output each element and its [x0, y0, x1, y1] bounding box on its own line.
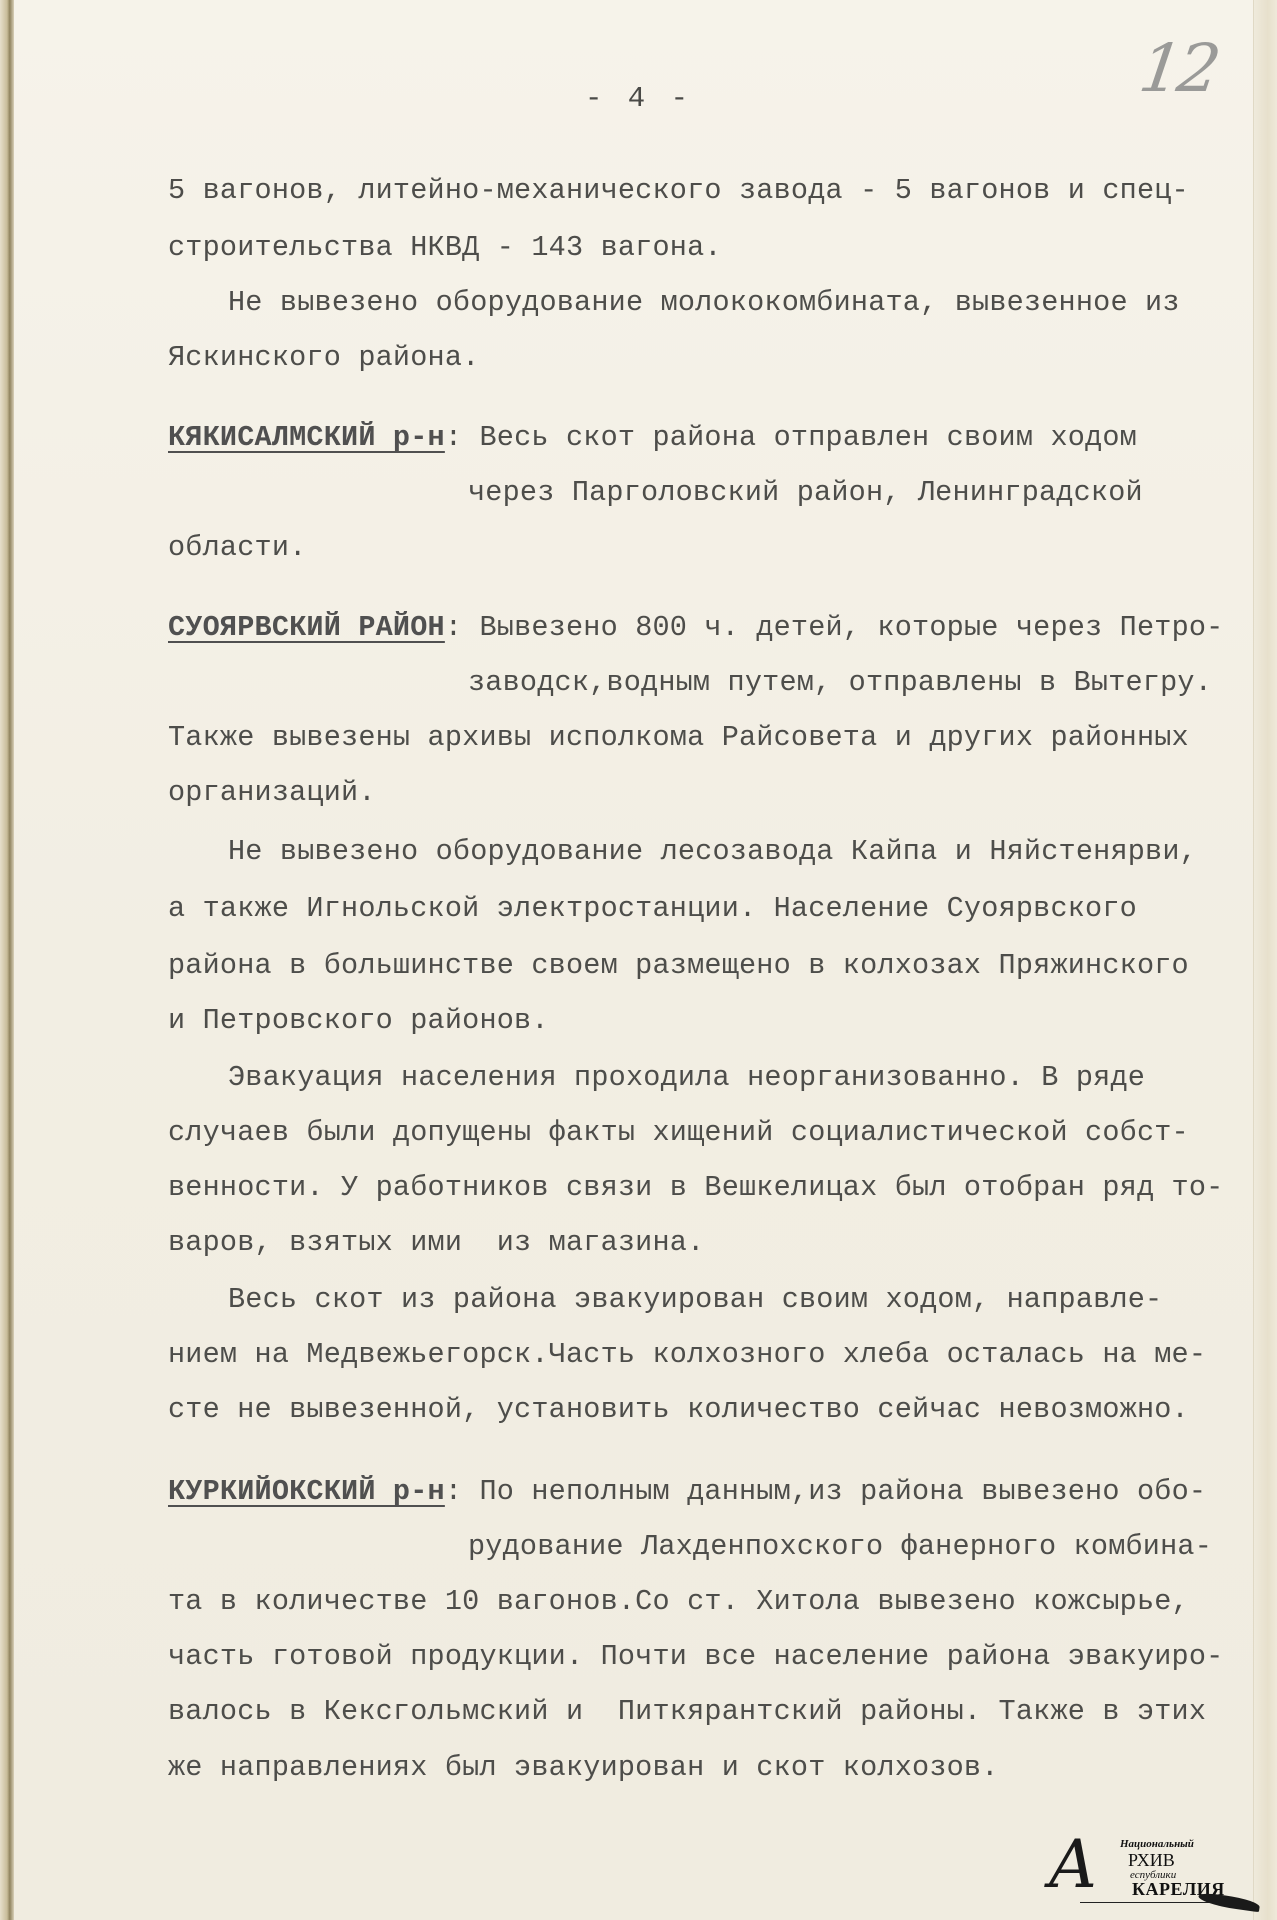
- text-line: Весь скот из района эвакуирован своим хо…: [228, 1283, 1162, 1316]
- text-line: Также вывезены архивы исполкома Райсовет…: [168, 721, 1189, 754]
- text-line: Эвакуация населения проходила неорганизо…: [228, 1061, 1145, 1094]
- text-line: сте не вывезенной, установить количество…: [168, 1393, 1189, 1426]
- line-text: 5 вагонов, литейно-механического завода …: [168, 174, 1189, 207]
- text-line: Не вывезено оборудование лесозавода Кайп…: [228, 835, 1197, 868]
- line-text: та в количестве 10 вагонов.Со ст. Хитола…: [168, 1585, 1189, 1618]
- text-line: а также Игнольской электростанции. Насел…: [168, 892, 1137, 925]
- line-text: Также вывезены архивы исполкома Райсовет…: [168, 721, 1189, 754]
- page-edge: [1253, 0, 1277, 1920]
- district-entry-line: КЯКИСАЛМСКИЙ р-н: Весь скот района отпра…: [168, 421, 1137, 454]
- text-line: строительства НКВД - 143 вагона.: [168, 231, 722, 264]
- line-text: часть готовой продукции. Почти все насел…: [168, 1640, 1223, 1673]
- text-line: нием на Медвежьегорск.Часть колхозного х…: [168, 1338, 1206, 1371]
- line-text: района в большинстве своем размещено в к…: [168, 949, 1189, 982]
- line-text: же направлениях был эвакуирован и скот к…: [168, 1751, 999, 1784]
- text-line: Яскинского района.: [168, 341, 479, 374]
- line-text: Не вывезено оборудование молококомбината…: [228, 286, 1180, 319]
- text-line: случаев были допущены факты хищений соци…: [168, 1116, 1189, 1149]
- page-number: - 4 -: [0, 82, 1277, 115]
- text-line: района в большинстве своем размещено в к…: [168, 949, 1189, 982]
- text-line: часть готовой продукции. Почти все насел…: [168, 1640, 1223, 1673]
- line-text: а также Игнольской электростанции. Насел…: [168, 892, 1137, 925]
- archive-line-1: Национальный: [1120, 1838, 1194, 1850]
- text-line: венности. У работников связи в Вешкелица…: [168, 1171, 1223, 1204]
- line-text: валось в Кексгольмский и Питкярантский р…: [168, 1695, 1206, 1728]
- line-text: : Вывезено 800 ч. детей, которые через П…: [445, 611, 1224, 644]
- line-text: Яскинского района.: [168, 341, 479, 374]
- district-heading: КЯКИСАЛМСКИЙ р-н: [168, 421, 445, 454]
- line-text: варов, взятых ими из магазина.: [168, 1226, 704, 1259]
- line-text: нием на Медвежьегорск.Часть колхозного х…: [168, 1338, 1206, 1371]
- text-line: рудование Лахденпохского фанерного комби…: [468, 1530, 1212, 1563]
- text-line: та в количестве 10 вагонов.Со ст. Хитола…: [168, 1585, 1189, 1618]
- text-line: заводск,водным путем, отправлены в Вытег…: [468, 666, 1212, 699]
- district-heading: СУОЯРВСКИЙ РАЙОН: [168, 611, 445, 644]
- district-entry-line: СУОЯРВСКИЙ РАЙОН: Вывезено 800 ч. детей,…: [168, 611, 1224, 644]
- text-line: через Парголовский район, Ленинградской: [468, 476, 1143, 509]
- line-text: рудование Лахденпохского фанерного комби…: [468, 1530, 1212, 1563]
- text-line: же направлениях был эвакуирован и скот к…: [168, 1751, 999, 1784]
- binding-edge: [0, 0, 14, 1920]
- line-text: через Парголовский район, Ленинградской: [468, 476, 1143, 509]
- line-text: случаев были допущены факты хищений соци…: [168, 1116, 1189, 1149]
- line-text: : По неполным данным,из района вывезено …: [445, 1475, 1206, 1508]
- line-text: организаций.: [168, 776, 376, 809]
- quill-icon: [1197, 1892, 1260, 1913]
- line-text: области.: [168, 531, 306, 564]
- line-text: Эвакуация населения проходила неорганизо…: [228, 1061, 1145, 1094]
- text-line: 5 вагонов, литейно-механического завода …: [168, 174, 1189, 207]
- line-text: заводск,водным путем, отправлены в Вытег…: [468, 666, 1212, 699]
- text-line: варов, взятых ими из магазина.: [168, 1226, 704, 1259]
- district-heading: КУРКИЙОКСКИЙ р-н: [168, 1475, 445, 1508]
- line-text: и Петровского районов.: [168, 1004, 549, 1037]
- line-text: венности. У работников связи в Вешкелица…: [168, 1171, 1223, 1204]
- text-line: организаций.: [168, 776, 376, 809]
- line-text: строительства НКВД - 143 вагона.: [168, 231, 722, 264]
- line-text: сте не вывезенной, установить количество…: [168, 1393, 1189, 1426]
- text-line: и Петровского районов.: [168, 1004, 549, 1037]
- archive-initial: А: [1048, 1832, 1098, 1898]
- archive-watermark: А Национальный РХИВ еспублики КАРЕЛИЯ: [1048, 1832, 1258, 1910]
- line-text: Весь скот из района эвакуирован своим хо…: [228, 1283, 1162, 1316]
- district-entry-line: КУРКИЙОКСКИЙ р-н: По неполным данным,из …: [168, 1475, 1206, 1508]
- text-line: Не вывезено оборудование молококомбината…: [228, 286, 1180, 319]
- text-line: валось в Кексгольмский и Питкярантский р…: [168, 1695, 1206, 1728]
- text-line: области.: [168, 531, 306, 564]
- line-text: : Весь скот района отправлен своим ходом: [445, 421, 1137, 454]
- line-text: Не вывезено оборудование лесозавода Кайп…: [228, 835, 1197, 868]
- archive-line-2: РХИВ: [1128, 1850, 1175, 1871]
